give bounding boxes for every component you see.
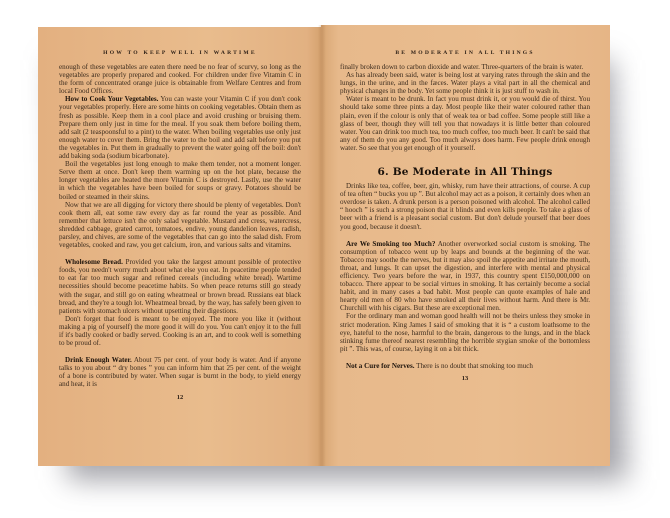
paragraph: Now that we are all digging for victory … [59, 201, 301, 250]
page-number-right: 13 [340, 375, 590, 382]
paragraph: Wholesome Bread. Provided you take the l… [59, 258, 301, 315]
subheading-cook-vegetables: How to Cook Your Vegetables. [65, 95, 158, 103]
paragraph: Boil the vegetables just long enough to … [59, 160, 301, 200]
paragraph: Drink Enough Water. About 75 per cent. o… [59, 356, 301, 388]
paragraph: As has already been said, water is being… [340, 71, 590, 95]
left-running-head: HOW TO KEEP WELL IN WARTIME [59, 50, 301, 56]
paragraph: enough of these vegetables are eaten the… [59, 63, 301, 95]
left-page: HOW TO KEEP WELL IN WARTIME enough of th… [38, 27, 321, 466]
subheading-drink-water: Drink Enough Water. [65, 356, 132, 364]
paragraph: Water is meant to be drunk. In fact you … [340, 95, 590, 152]
paragraph: finally broken down to carbon dioxide an… [340, 63, 590, 71]
right-running-head: BE MODERATE IN ALL THINGS [340, 50, 590, 56]
paragraph: How to Cook Your Vegetables. You can was… [59, 95, 301, 160]
right-page: BE MODERATE IN ALL THINGS finally broken… [321, 25, 610, 466]
page-number-left: 12 [59, 394, 301, 401]
subheading-nerves: Not a Cure for Nerves. [346, 362, 415, 370]
paragraph: Are We Smoking too Much? Another overwor… [340, 240, 590, 313]
section-heading: 6. Be Moderate in All Things [340, 166, 590, 178]
paragraph: Don't forget that food is meant to be en… [59, 315, 301, 347]
paragraph: Drinks like tea, coffee, beer, gin, whis… [340, 182, 590, 231]
paragraph: Not a Cure for Nerves. There is no doubt… [340, 362, 590, 370]
open-booklet: HOW TO KEEP WELL IN WARTIME enough of th… [38, 27, 610, 466]
subheading-wholesome-bread: Wholesome Bread. [65, 258, 123, 266]
subheading-smoking: Are We Smoking too Much? [346, 240, 435, 248]
book-spine [318, 25, 326, 466]
paragraph: For the ordinary man and woman good heal… [340, 312, 590, 352]
